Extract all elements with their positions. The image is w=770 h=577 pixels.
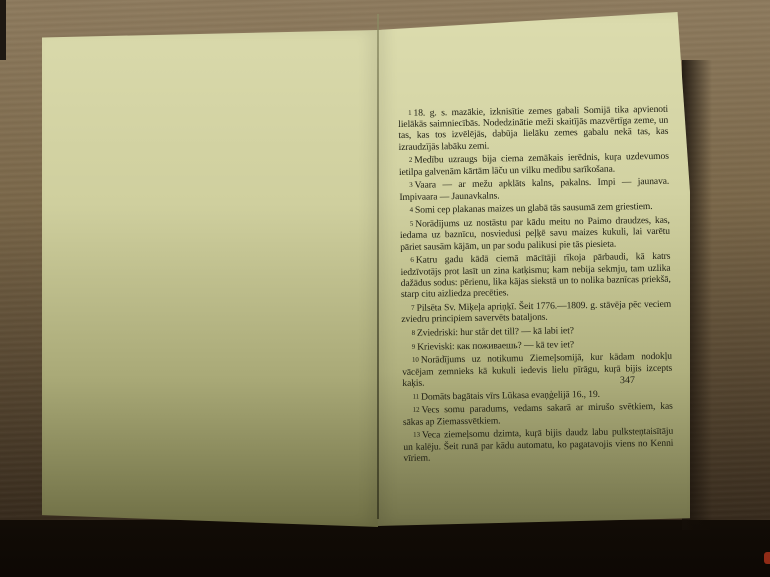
footnote: 5Norādījums uz nostāstu par kādu meitu n…: [400, 215, 670, 253]
open-book: 118. g. s. mazākie, izknisītie zemes gab…: [0, 0, 770, 577]
footnote-text: Somi cep plakanas maizes un glabā tās sa…: [415, 201, 653, 216]
left-page: [42, 30, 378, 527]
footnote: 4Somi cep plakanas maizes un glabā tās s…: [400, 201, 670, 216]
footnote-number: 8: [411, 329, 415, 337]
footnote-number: 4: [410, 206, 414, 214]
footnotes-block: 118. g. s. mazākie, izknisītie zemes gab…: [398, 104, 674, 467]
footnote-number: 6: [410, 256, 414, 264]
footnote-number: 11: [412, 392, 419, 400]
footnote: 12Vecs somu paradums, vedams sakarā ar m…: [403, 401, 673, 428]
footnote-number: 12: [413, 406, 420, 414]
footnote-number: 2: [409, 156, 413, 164]
footnote-number: 13: [413, 431, 420, 439]
footnote-text: Krieviski: как поживаешь? — kā tev iet?: [417, 339, 574, 352]
footnote: 8Zviedriski: hur står det till? — kā lab…: [401, 324, 671, 339]
footnote-text: Medību uzraugs bija ciema zemākais ierēd…: [399, 151, 669, 177]
footnote-number: 5: [410, 220, 414, 228]
footnote-text: Pilsēta Sv. Miķeļa apriņķī. Šeit 1776.—1…: [401, 299, 671, 325]
footnote-text: Katru gadu kādā ciemā mācītāji rīkoja pā…: [400, 251, 670, 300]
footnote-number: 10: [412, 356, 419, 364]
footnote: 11Domāts bagātais vīrs Lūkasa evaņģelijā…: [402, 387, 672, 402]
book-gutter: [377, 14, 379, 519]
footnote: 118. g. s. mazākie, izknisītie zemes gab…: [398, 104, 669, 153]
footnote-text: Zviedriski: hur står det till? — kā labi…: [417, 325, 574, 338]
page-number: 347: [620, 375, 635, 386]
footnote: 2Medību uzraugs bija ciema zemākais ierē…: [399, 151, 669, 178]
footnote: 6Katru gadu kādā ciemā mācītāji rīkoja p…: [400, 251, 671, 300]
footnote-text: Vaara — ar mežu apklāts kalns, pakalns. …: [399, 176, 669, 202]
footnote: 7Pilsēta Sv. Miķeļa apriņķī. Šeit 1776.—…: [401, 299, 671, 326]
footnote-text: Norādījums uz nostāstu par kādu meitu no…: [400, 215, 670, 253]
footnote-number: 9: [412, 342, 416, 350]
footnote: 13Veca ziemeļsomu dzimta, kuŗā bijis dau…: [403, 426, 673, 464]
footnote-number: 3: [409, 181, 413, 189]
footnote-text: 18. g. s. mazākie, izknisītie zemes gaba…: [398, 104, 668, 153]
footnote-number: 1: [408, 109, 412, 117]
footnote-text: Domāts bagātais vīrs Lūkasa evaņģelijā 1…: [421, 388, 600, 402]
footnote-number: 7: [411, 304, 415, 312]
footnote: 9Krieviski: как поживаешь? — kā tev iet?: [402, 337, 672, 352]
footnote: 3Vaara — ar mežu apklāts kalns, pakalns.…: [399, 176, 669, 203]
footnote-text: Veca ziemeļsomu dzimta, kuŗā bijis daudz…: [403, 426, 673, 464]
footnote-text: Vecs somu paradums, vedams sakarā ar mir…: [403, 401, 673, 427]
